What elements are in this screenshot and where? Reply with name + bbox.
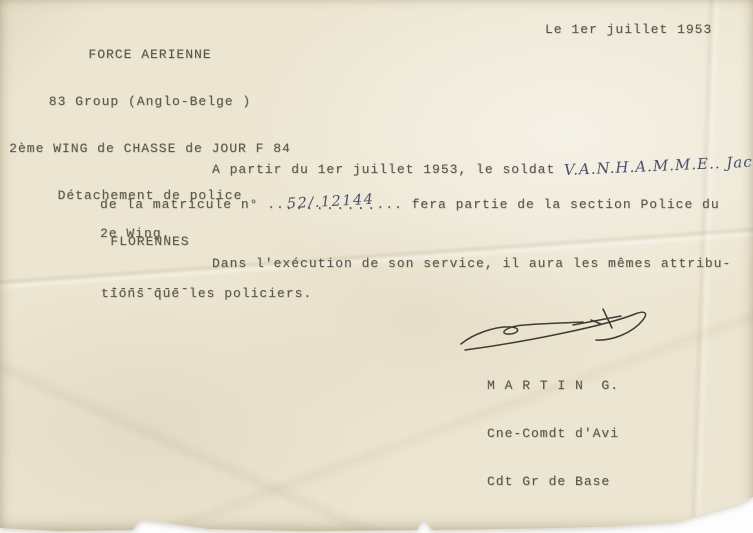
body-line-4: Dans l'exécution de son service, il aura… [212,256,731,271]
body-line-5: tions que les policiers. [101,286,312,301]
signature-name: M A R T I N G. [487,378,619,394]
body-line-2-prefix: de la matricule n° .. [100,197,285,212]
body-line-3: 2e Wing. [100,226,170,241]
paper-sheet: FORCE AERIENNE 83 Group (Anglo-Belge ) 2… [0,0,753,533]
signature-title-command: Cdt Gr de Base [487,474,619,490]
body-line-2: de la matricule n° ...........52/.12144.… [100,196,720,212]
letterhead-wing: 2ème WING de CHASSE de JOUR F 84 [2,141,298,157]
letterhead-unit-name: FORCE AERIENNE [2,47,298,63]
matricule-field: .........52/.12144 [285,196,377,212]
scanned-document: FORCE AERIENNE 83 Group (Anglo-Belge ) 2… [0,0,753,533]
signature-block: M A R T I N G. Cne-Comdt d'Avi Cdt Gr de… [487,346,619,522]
date-line: Le 1er juillet 1953 [545,22,712,37]
handwritten-soldier-name: V.A.N.H.A.M.M.E.. Jacques [564,151,753,179]
body-line-1-typed: A partir du 1er juillet 1953, le soldat [212,162,564,177]
signature-title-rank: Cne-Comdt d'Avi [487,426,619,442]
letterhead-group: 83 Group (Anglo-Belge ) [2,94,298,110]
body-line-1: A partir du 1er juillet 1953, le soldat … [212,159,753,177]
body-line-2-suffix: ... fera partie de la section Police du [376,197,719,212]
